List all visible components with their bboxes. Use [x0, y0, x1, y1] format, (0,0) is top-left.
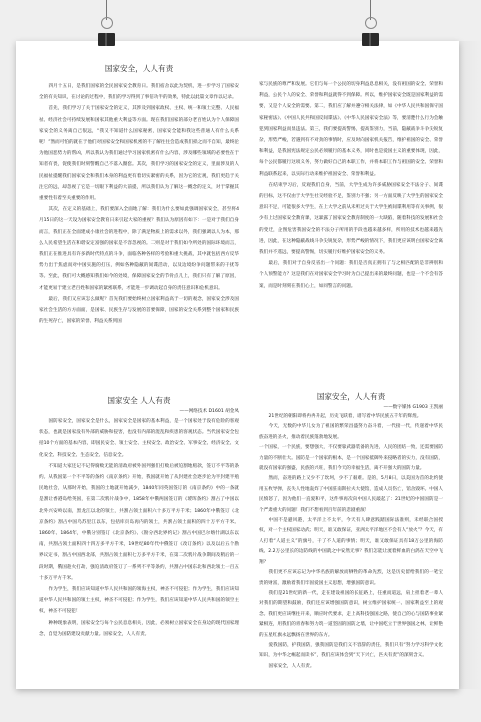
doc1-paragraph: 四月十五日，是我们国家的全民国家安全教育日。我们宿舍以此为契机，进一步学习了国家… [39, 81, 239, 103]
doc3-paragraph: 21世纪的朝阳即将冉冉升起，历史飞跃着，谱写着中华民族五千年的辉煌。 [259, 412, 443, 422]
doc2-paragraph: 国防家安全，国家安全是什么，国家安全是国家的基本利益，是一个国家处于没有危险的客… [39, 416, 239, 461]
doc3-paragraph: 一个国家，一个民族，要想强大，不仅要靠武器装备的先进，人民的团结一致，还需要国防… [259, 443, 443, 474]
doc1-paragraph: 最后，我们对于自身反省出一个问题：我们是否真正拥有了与之相匹配的是非辨别和个人预… [259, 258, 443, 292]
doc2-title: 国家安全 人人有责 [39, 395, 239, 407]
doc2-paragraph: 种种现象表明，国家安全与每个公民息息相关，因此，必须树立国家安全在身边的现代国家… [39, 618, 239, 640]
doc3-paragraph: 今天，无数的中华儿女为了祖国的繁荣昌盛努力奋斗着，一代接一代，传递着中华民族奋进… [259, 422, 443, 443]
doc2-paragraph: 作为学生，我们应该知道中华人民共和国的领海主权，神圣不可侵犯；作为学生，我们应该… [39, 584, 239, 618]
doc3-paragraph: 国家安全，人人有责。 [259, 662, 443, 672]
doc1-paragraph: 家与民族的尊严和发展。它们与每一个公民的切身利益息息相关，没有祖国的安全、荣誉和… [259, 79, 443, 180]
doc3-paragraph: 爱我国防，护我国防，强我国防是我们义不容辞的责任，我们只有“努力学习科学文化知识… [259, 641, 443, 662]
doc2-paragraph: 不知道大家还记不记得腐败无能的清政府被外国列强们打败后被迫割地赔款，签订不平等的… [39, 461, 239, 584]
doc1-paragraph: 其次，在定义的基础上，我们要深入全面地了解：我们为什么要如此强调国家安全，甚至将… [39, 204, 239, 294]
doc3-paragraph: 我们是21世纪的新一代，走在建设祖国的长征路上，任重而道远，肩上担着老一辈人对我… [259, 589, 443, 641]
doc1-paragraph: 最后，我们又应该怎么做呢？首先我们要始终树立国家利益高于一切的观念，国家安全涉及… [39, 294, 239, 328]
doc2-column: 国家安全 人人有责 ——网络技术 D1601 胡金凤 国防家安全，国家安全是什么… [39, 395, 239, 640]
doc3-byline: ——数字媒体 G1903 王凯丽 [259, 403, 443, 412]
doc1-title: 国家安全，人人有责 [39, 63, 239, 75]
document-page: 国家安全，人人有责 四月十五日，是我们国家的全民国家安全教育日。我们宿舍以此为契… [16, 41, 459, 689]
doc3-title: 国家安全，人人有责 [259, 391, 443, 403]
doc1-right-column: 家与民族的尊严和发展。它们与每一个公民的切身利益息息相关，没有祖国的安全、荣誉和… [259, 79, 443, 292]
doc3-column: 国家安全，人人有责 ——数字媒体 G1903 王凯丽 21世纪的朝阳即将冉冉升起… [259, 391, 443, 672]
binder-clip-icon [360, 0, 382, 47]
doc3-paragraph: 我们更不应该忘记为中华名族的解放而牺牲的革命先烈，这是历史留给我们的一笔宝贵的财… [259, 568, 443, 589]
background-shadow [459, 41, 481, 689]
doc1-left-column: 国家安全，人人有责 四月十五日，是我们国家的全民国家安全教育日。我们宿舍以此为契… [39, 63, 239, 327]
doc3-paragraph: 中国不是避风港，太平洋上不太平，今天有人肆意践踏国际法准则，未经联合国授权，对一… [259, 516, 443, 568]
doc3-paragraph: 然而，奋进的路上又少不了坎坷，少不了艰难。是的，5月8日，以美国为首的北约使用五… [259, 474, 443, 516]
binder-clip-icon [96, 0, 118, 47]
doc1-paragraph: 在结束学习后，反观我们自身，当前，大学生成为许多威胁国家安全不法分子、间谍的目标… [259, 180, 443, 258]
doc1-paragraph: 首先，我们学习了关于国家安全的定义，其涉及到国家政权、主权、统一和领土完整、人民… [39, 103, 239, 204]
doc2-byline: ——网络技术 D1601 胡金凤 [39, 407, 239, 416]
